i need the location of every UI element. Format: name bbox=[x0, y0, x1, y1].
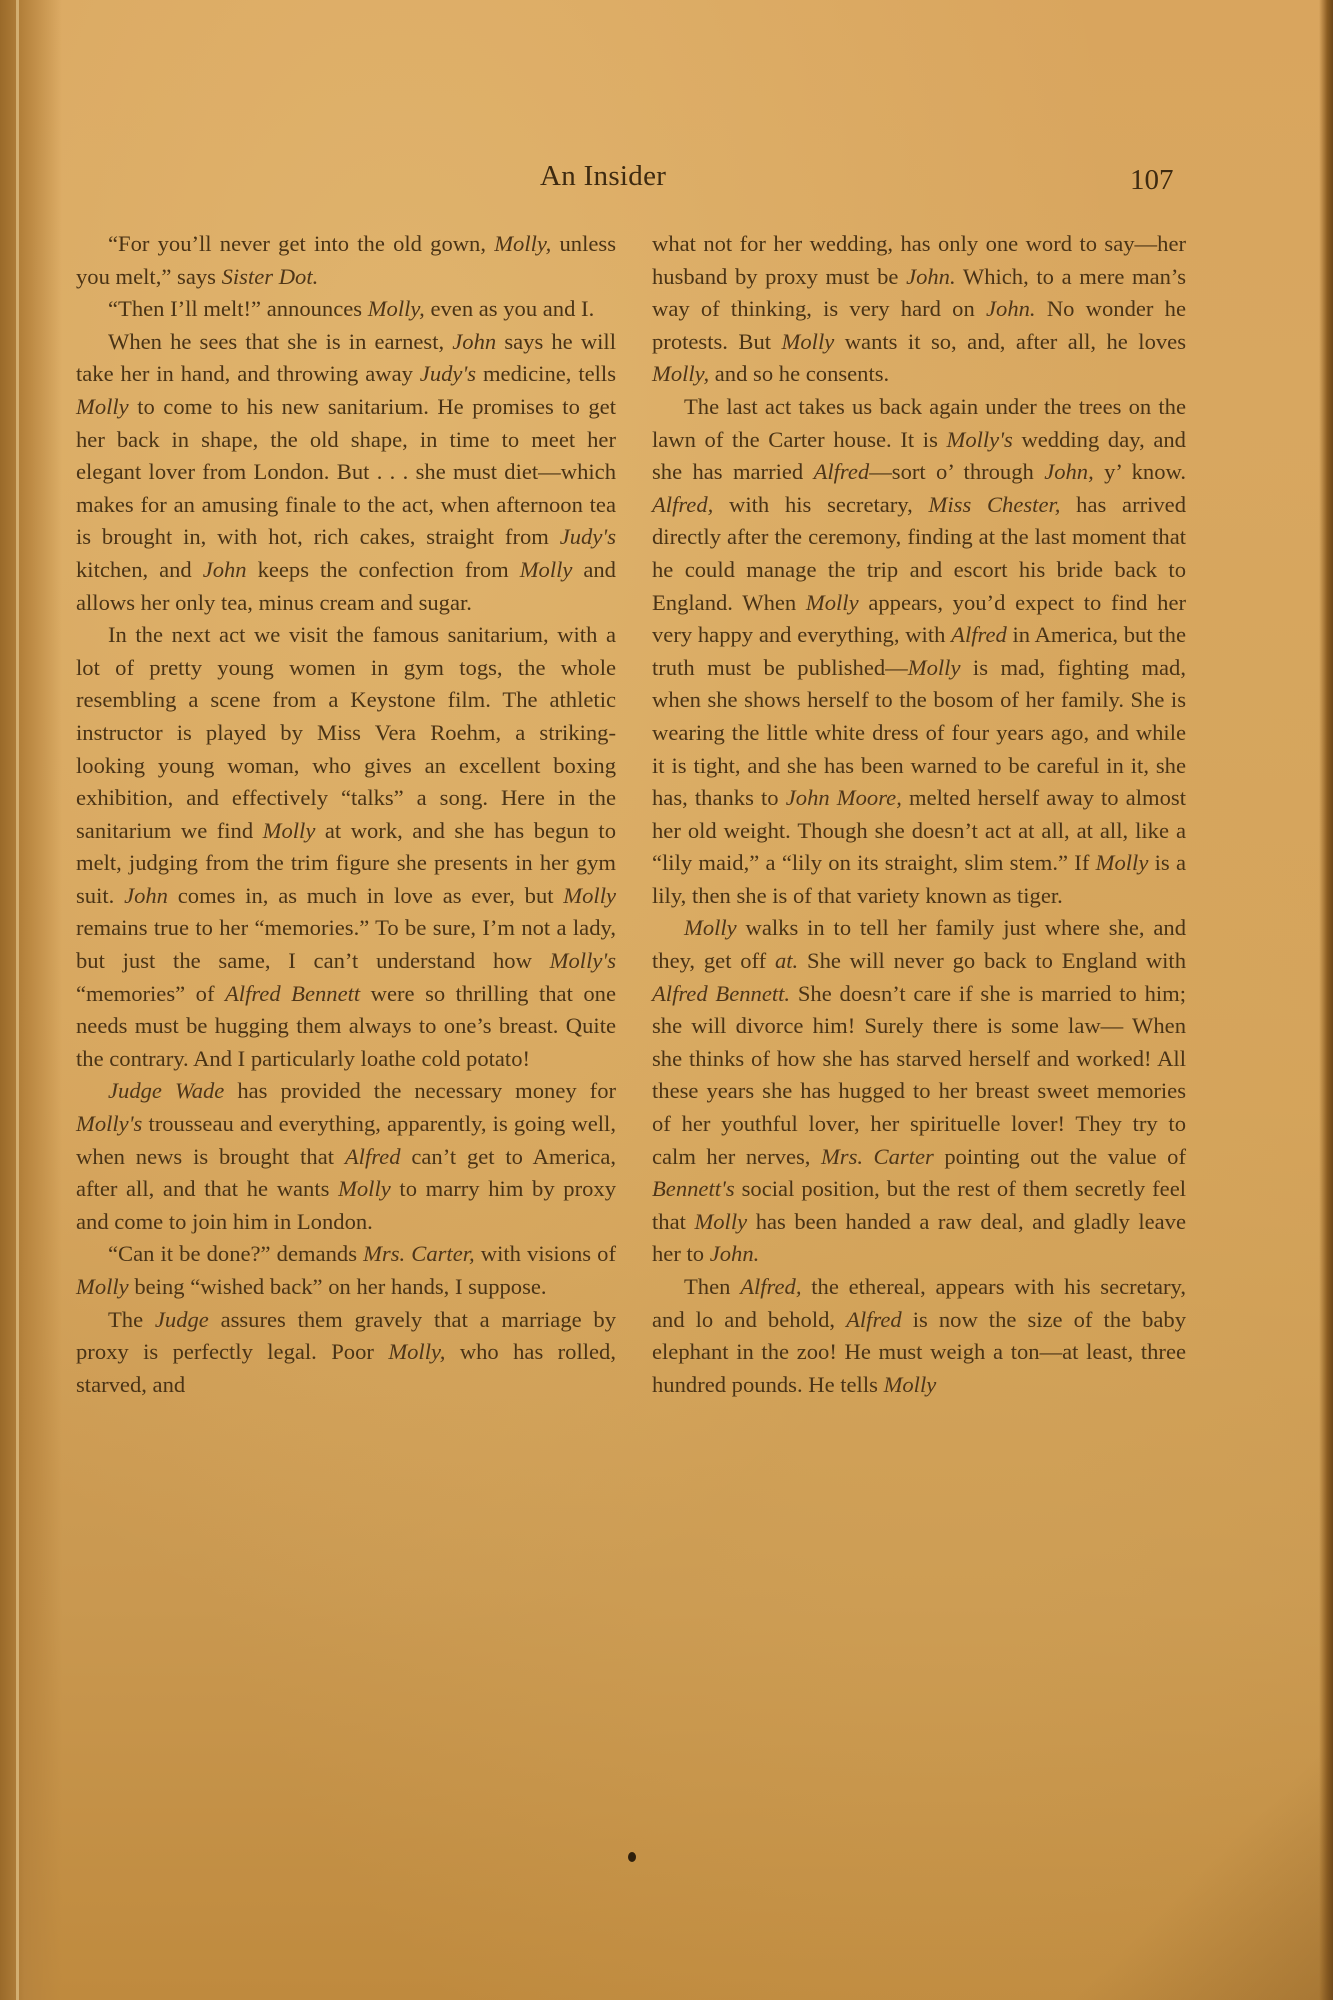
paragraph: “Can it be done?” demands Mrs. Car­ter, … bbox=[76, 1238, 616, 1303]
italic-name: Molly bbox=[520, 557, 573, 582]
paragraph: “For you’ll never get into the old gown,… bbox=[76, 228, 616, 293]
italic-name: Bennett's bbox=[652, 1176, 735, 1201]
text-run: She will never go back to England with bbox=[798, 948, 1186, 973]
italic-name: John. bbox=[710, 1241, 760, 1266]
paragraph: Then Alfred, the ethereal, appears with … bbox=[652, 1271, 1186, 1401]
italic-name: Molly, bbox=[368, 296, 425, 321]
text-run: Then bbox=[684, 1274, 740, 1299]
italic-name: Judy's bbox=[420, 361, 476, 386]
italic-name: Alfred, bbox=[652, 492, 713, 517]
italic-name: Molly bbox=[76, 1274, 129, 1299]
paragraph: The last act takes us back again under t… bbox=[652, 391, 1186, 913]
italic-name: Molly, bbox=[652, 361, 709, 386]
italic-name: John bbox=[203, 557, 247, 582]
italic-name: Molly bbox=[908, 655, 961, 680]
italic-name: Molly bbox=[782, 329, 835, 354]
text-run: and so he consents. bbox=[709, 361, 889, 386]
italic-name: Molly's bbox=[76, 1111, 142, 1136]
paragraph: “Then I’ll melt!” announces Molly, even … bbox=[76, 293, 616, 326]
page-corner-shadow bbox=[1073, 1680, 1333, 2000]
italic-name: Molly bbox=[338, 1176, 391, 1201]
text-run: The bbox=[108, 1307, 155, 1332]
paragraph: Judge Wade has provided the neces­sary m… bbox=[76, 1075, 616, 1238]
italic-name: at. bbox=[775, 948, 798, 973]
italic-name: Molly bbox=[76, 394, 129, 419]
text-run: medicine, tells bbox=[476, 361, 616, 386]
italic-name: Mrs. Car­ter, bbox=[363, 1241, 475, 1266]
italic-name: Alfred Bennett bbox=[225, 981, 360, 1006]
italic-name: Alfred bbox=[846, 1307, 902, 1332]
italic-name: Sister Dot. bbox=[222, 264, 319, 289]
italic-name: Molly, bbox=[494, 231, 551, 256]
italic-name: Alfred Bennett. bbox=[652, 981, 790, 1006]
italic-name: John Moore, bbox=[786, 785, 902, 810]
italic-name: Judge Wade bbox=[108, 1078, 224, 1103]
italic-name: Molly bbox=[806, 590, 859, 615]
text-run: kitchen, and bbox=[76, 557, 203, 582]
text-run: When he sees that she is in earnest, bbox=[108, 329, 452, 354]
text-run: even as you and I. bbox=[425, 296, 594, 321]
running-head: An Insider bbox=[540, 160, 666, 193]
italic-name: John, bbox=[1044, 459, 1094, 484]
italic-name: Molly bbox=[684, 915, 737, 940]
italic-name: John bbox=[124, 883, 168, 908]
text-column-left: “For you’ll never get into the old gown,… bbox=[76, 228, 616, 1401]
text-run: comes in, as much in love as ever, but bbox=[168, 883, 563, 908]
ink-dot-mark bbox=[628, 1852, 636, 1862]
italic-name: Alfred, bbox=[740, 1274, 801, 1299]
text-run: “memories” of bbox=[76, 981, 225, 1006]
italic-name: Molly's bbox=[550, 948, 616, 973]
italic-name: Alfred bbox=[951, 622, 1007, 647]
italic-name: Molly bbox=[694, 1209, 747, 1234]
italic-name: Molly bbox=[1096, 850, 1149, 875]
text-run: pointing out the value of bbox=[934, 1144, 1186, 1169]
italic-name: John. bbox=[906, 264, 956, 289]
text-run: She doesn’t care if she is mar­ried to h… bbox=[652, 981, 1186, 1169]
italic-name: Molly, bbox=[388, 1339, 445, 1364]
text-run: with his secretary, bbox=[713, 492, 928, 517]
italic-name: Miss Chester, bbox=[929, 492, 1061, 517]
text-run: wants it so, and, after all, he loves bbox=[834, 329, 1186, 354]
italic-name: Judy's bbox=[560, 524, 616, 549]
text-run: “For you’ll never get into the old gown, bbox=[108, 231, 494, 256]
text-run: has provided the neces­sary money for bbox=[224, 1078, 616, 1103]
page-number: 107 bbox=[1130, 164, 1174, 197]
text-run: remains true to her “memories.” To be su… bbox=[76, 915, 616, 973]
text-run: keeps the con­fection from bbox=[247, 557, 520, 582]
italic-name: Mrs. Carter bbox=[821, 1144, 934, 1169]
text-run: to come to his new sanitarium. He promis… bbox=[76, 394, 616, 549]
text-run: “Then I’ll melt!” announces bbox=[108, 296, 368, 321]
paragraph: Molly walks in to tell her family just w… bbox=[652, 912, 1186, 1271]
text-run: In the next act we visit the famous sani… bbox=[76, 622, 616, 843]
text-run: being “wished back” on her hands, I supp… bbox=[129, 1274, 547, 1299]
paragraph: what not for her wedding, has only one w… bbox=[652, 228, 1186, 391]
italic-name: Molly's bbox=[947, 427, 1013, 452]
italic-name: Alfred bbox=[345, 1144, 401, 1169]
italic-name: Alfred bbox=[814, 459, 870, 484]
italic-name: Molly bbox=[263, 818, 316, 843]
italic-name: John bbox=[452, 329, 496, 354]
italic-name: John. bbox=[986, 296, 1036, 321]
text-run: y’ know. bbox=[1094, 459, 1186, 484]
italic-name: Molly bbox=[563, 883, 616, 908]
paragraph: When he sees that she is in earnest, Joh… bbox=[76, 326, 616, 619]
text-run: with visions of bbox=[475, 1241, 616, 1266]
text-run: —sort o’ through bbox=[869, 459, 1044, 484]
book-spine-edge bbox=[0, 0, 62, 2000]
text-run: “Can it be done?” demands bbox=[108, 1241, 363, 1266]
italic-name: Judge bbox=[155, 1307, 209, 1332]
text-column-right: what not for her wedding, has only one w… bbox=[652, 228, 1186, 1401]
italic-name: Molly bbox=[884, 1372, 937, 1397]
paragraph: The Judge assures them gravely that a ma… bbox=[76, 1304, 616, 1402]
paragraph: In the next act we visit the famous sani… bbox=[76, 619, 616, 1075]
